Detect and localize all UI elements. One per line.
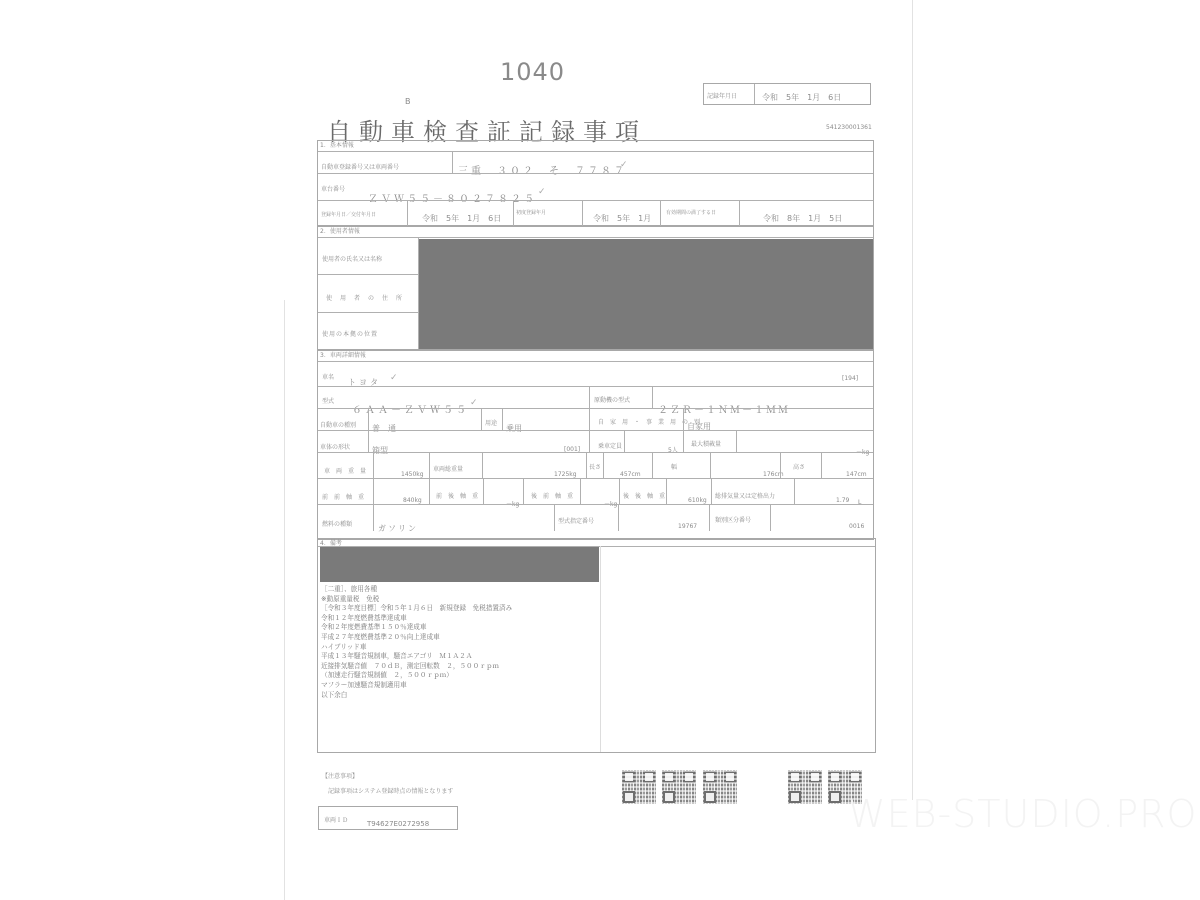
qr-code-4 — [788, 770, 822, 804]
user-name-label: 使用者の氏名又は名称 — [322, 254, 382, 263]
remark-line: 令和２年度燃費基準１５０％達成車 — [321, 623, 512, 633]
vehicle-id-label: 車両ＩＤ — [324, 815, 348, 824]
basic-info-heading: 1．基本情報 — [318, 141, 354, 151]
qr-code-1 — [622, 770, 656, 804]
check-mark-icon: ✓ — [470, 398, 478, 408]
check-mark-icon: ✓ — [390, 373, 398, 383]
fuel-value: ガソリン — [378, 523, 418, 534]
registration-label: 自動車登録番号又は車両番号 — [321, 162, 399, 171]
remark-line: 令和１２年度燃費基準達成車 — [321, 614, 512, 624]
private-label: 自 家 用 ・ 事 業 用 の 別 — [598, 417, 700, 426]
qr-code-2 — [662, 770, 696, 804]
remark-line: （加速走行騒音規制値 ２，５００ｒｐｍ） — [321, 671, 512, 681]
page-edge-left — [284, 300, 285, 900]
class-number-value: 0016 — [849, 523, 864, 530]
remark-line: ハイブリッド車 — [321, 643, 512, 653]
capacity-label: 乗車定員 — [598, 441, 622, 450]
gross-weight-label: 車両総重量 — [433, 464, 463, 473]
remark-line: ［二重］、旅用各種 — [321, 585, 512, 595]
user-address-label: 使 用 者 の 住 所 — [326, 293, 403, 302]
fuel-label: 燃料の種類 — [322, 519, 352, 528]
user-info-section: 2．使用者情報 使用者の氏名又は名称 使 用 者 の 住 所 使用の本拠の位置 — [317, 226, 874, 350]
expiry-label: 有効期間の満了する日 — [666, 209, 716, 216]
handwritten-number: 1040 — [500, 58, 565, 86]
maker-code: [194] — [842, 375, 858, 382]
redacted-user-info — [419, 239, 873, 349]
class-number-label: 類別区分番号 — [715, 515, 751, 524]
remarks-section: 4．備考 ［二重］、旅用各種※動原重量税 免税［令和３年度目標］令和５年１月６日… — [317, 538, 876, 753]
first-registration-value: 令和 5年 1月 6日 — [422, 213, 501, 224]
expiry-value: 令和 8年 1月 5日 — [763, 213, 842, 224]
front-front-axle-value: 840kg — [403, 497, 422, 504]
displacement-label: 総排気量又は定格出力 — [715, 491, 775, 500]
vehicle-id-box: 車両ＩＤ T94627E0272958 — [318, 806, 458, 830]
check-mark-icon: ✓ — [620, 160, 628, 170]
front-front-axle-label: 前 前 軸 重 — [322, 492, 364, 501]
use-label: 用途 — [485, 418, 497, 427]
form-mark: B — [405, 97, 411, 106]
weight-label: 車 両 重 量 — [324, 466, 366, 475]
model-label: 型式 — [322, 396, 334, 405]
gross-weight-value: 1725kg — [554, 471, 577, 478]
vehicle-info-section: 3．車両詳細情報 車名 トヨタ ✓ [194] 型式 ６ＡＡ－ＺＶＷ５５ ✓ 原… — [317, 350, 874, 540]
basic-info-section: 1．基本情報 自動車登録番号又は車両番号 三重 ３０２ そ ７７８７ ✓ 車台番… — [317, 140, 874, 226]
rear-rear-axle-value: 610kg — [688, 497, 707, 504]
remark-line: 以下余白 — [321, 691, 512, 701]
length-label: 長さ — [589, 462, 601, 471]
first-registration-label: 登録年月日／交付年月日 — [321, 211, 376, 218]
engine-label: 原動機の型式 — [594, 395, 630, 404]
vehicle-info-heading: 3．車両詳細情報 — [318, 351, 366, 361]
user-info-heading: 2．使用者情報 — [318, 227, 360, 237]
weight-value: 1450kg — [401, 471, 424, 478]
check-mark-icon: ✓ — [538, 187, 546, 197]
notes-heading: 【注意事項】 — [322, 771, 358, 780]
registration-value: 三重 ３０２ そ ７７８７ — [458, 162, 627, 177]
kind-value: 普 通 — [372, 423, 396, 434]
use-value: 乗用 — [506, 423, 522, 434]
record-date-value: 令和 5年 1月 6日 — [762, 92, 841, 103]
remark-line: ［令和３年度目標］令和５年１月６日 新規登録 免税措置済み — [321, 604, 512, 614]
type-number-value: 19767 — [678, 523, 697, 530]
qr-code-3 — [703, 770, 737, 804]
rear-front-axle-label: 後 前 軸 重 — [531, 491, 573, 500]
remarks-text: ［二重］、旅用各種※動原重量税 免税［令和３年度目標］令和５年１月６日 新規登録… — [321, 585, 512, 700]
max-load-label: 最大積載量 — [691, 439, 721, 448]
remark-line: ※動原重量税 免税 — [321, 595, 512, 605]
remark-line: マフラー加速騒音規制適用車 — [321, 681, 512, 691]
body-label: 車体の形状 — [320, 442, 350, 451]
watermark: WEB-STUDIO.PRO — [848, 792, 1197, 836]
length-value: 457cm — [620, 471, 641, 478]
record-date-label: 記録年月日 — [707, 91, 737, 100]
vehicle-id-value: T94627E0272958 — [367, 820, 429, 828]
record-date-box: 記録年月日 令和 5年 1月 6日 — [703, 83, 871, 105]
document-number: 541230001361 — [826, 124, 872, 131]
maker-label: 車名 — [322, 372, 334, 381]
width-label: 幅 — [671, 462, 677, 471]
chassis-label: 車台番号 — [321, 184, 345, 193]
redacted-remark — [320, 547, 599, 582]
type-number-label: 型式指定番号 — [558, 516, 594, 525]
front-rear-axle-label: 前 後 軸 重 — [436, 491, 478, 500]
height-label: 高さ — [793, 462, 805, 471]
notes-text: 記録事項はシステム登録時点の情報となります — [328, 786, 453, 795]
rear-rear-axle-label: 後 後 軸 重 — [623, 491, 665, 500]
body-value: 箱型 — [372, 445, 388, 456]
kind-label: 自動車の種別 — [320, 420, 356, 429]
remark-line: 近接排気騒音値 ７０ｄＢ，測定回転数 ２，５００ｒｐｍ — [321, 662, 512, 672]
height-value: 147cm — [846, 471, 867, 478]
page-edge-right — [912, 0, 913, 800]
first-year-label: 初度登録年月 — [516, 209, 546, 216]
chassis-value: ＺＶＷ５５－８０２７８２５ — [368, 190, 537, 205]
first-year-value: 令和 5年 1月 — [593, 213, 651, 224]
remark-line: 平成１３年騒音規制車，騒音エアゴリ Ｍ１Ａ２Ａ — [321, 652, 512, 662]
remark-line: 平成２７年度燃費基準２０％向上達成車 — [321, 633, 512, 643]
base-location-label: 使用の本拠の位置 — [322, 329, 378, 338]
displacement-value: 1.79 — [836, 497, 849, 504]
